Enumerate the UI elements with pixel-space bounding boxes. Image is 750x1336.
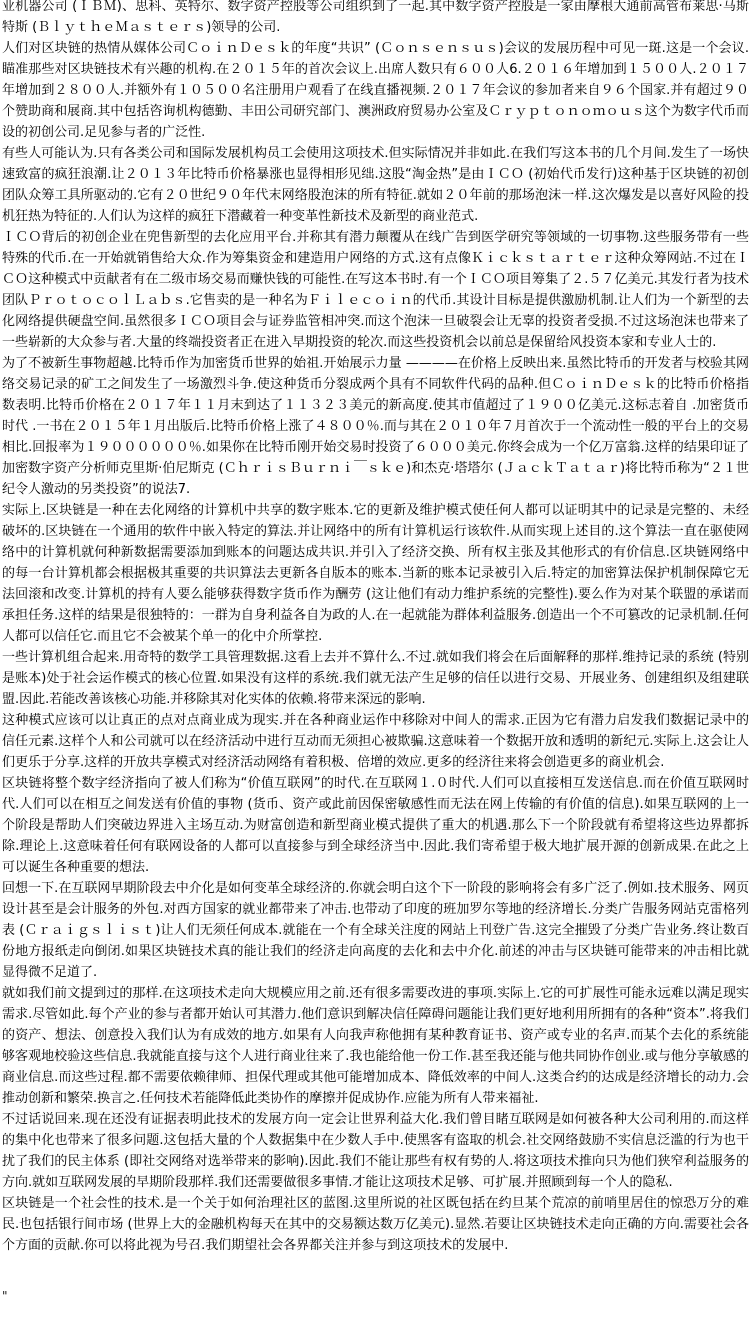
- paragraph: 这种模式应该可以让真正的点对点商业成为现实.并在各种商业运作中移除对中间人的需求…: [2, 710, 749, 773]
- paragraph: ＩＣＯ背后的初创企业在兜售新型的去化应用平台.并称其有潜力颠覆从在线广告到医学研…: [2, 227, 749, 353]
- paragraph: 为了不被新生事物超越.比特币作为加密货币世界的始祖.开始展示力量 ————在价格…: [2, 353, 749, 500]
- paragraph: 回想一下.在互联网早期阶段去中介化是如何变革全球经济的.你就会明白这个下一阶段的…: [2, 878, 749, 983]
- paragraph: 区块链是一个社会性的技术.是一个关于如何治理社区的蓝图.这里所说的社区既包括在约…: [2, 1193, 749, 1256]
- paragraph: 不过话说回来.现在还没有证据表明此技术的发展方向一定会让世界利益大化.我们曾目睹…: [2, 1109, 749, 1193]
- trailing-quote-mark: ": [2, 1286, 749, 1307]
- paragraph: 一些计算机组合起来.用奇特的数学工具管理数据.这看上去并不算什么.不过.就如我们…: [2, 647, 749, 710]
- document-page: 业机器公司 (ＩＢＭ)、思科、英特尔、数字资产控股等公司组织到了一起.其中数字资…: [0, 0, 750, 1307]
- paragraph: 人们对区块链的热情从媒体公司ＣｏｉｎＤｅｓｋ的年度“共识” (Ｃｏｎｓｅｎｓｕｓ…: [2, 38, 749, 143]
- paragraph: 实际上.区块链是一种在去化网络的计算机中共享的数字账本.它的更新及维护模式使任何…: [2, 500, 749, 647]
- paragraph: 业机器公司 (ＩＢＭ)、思科、英特尔、数字资产控股等公司组织到了一起.其中数字资…: [2, 0, 749, 38]
- paragraph: 有些人可能认为.只有各类公司和国际发展机构员工会使用这项技术.但实际情况并非如此…: [2, 143, 749, 227]
- paragraph: 就如我们前文提到过的那样.在这项技术走向大规模应用之前.还有很多需要改进的事项.…: [2, 983, 749, 1109]
- paragraph: 区块链将整个数字经济指向了被人们称为“价值互联网”的时代.在互联网１.０时代.人…: [2, 773, 749, 878]
